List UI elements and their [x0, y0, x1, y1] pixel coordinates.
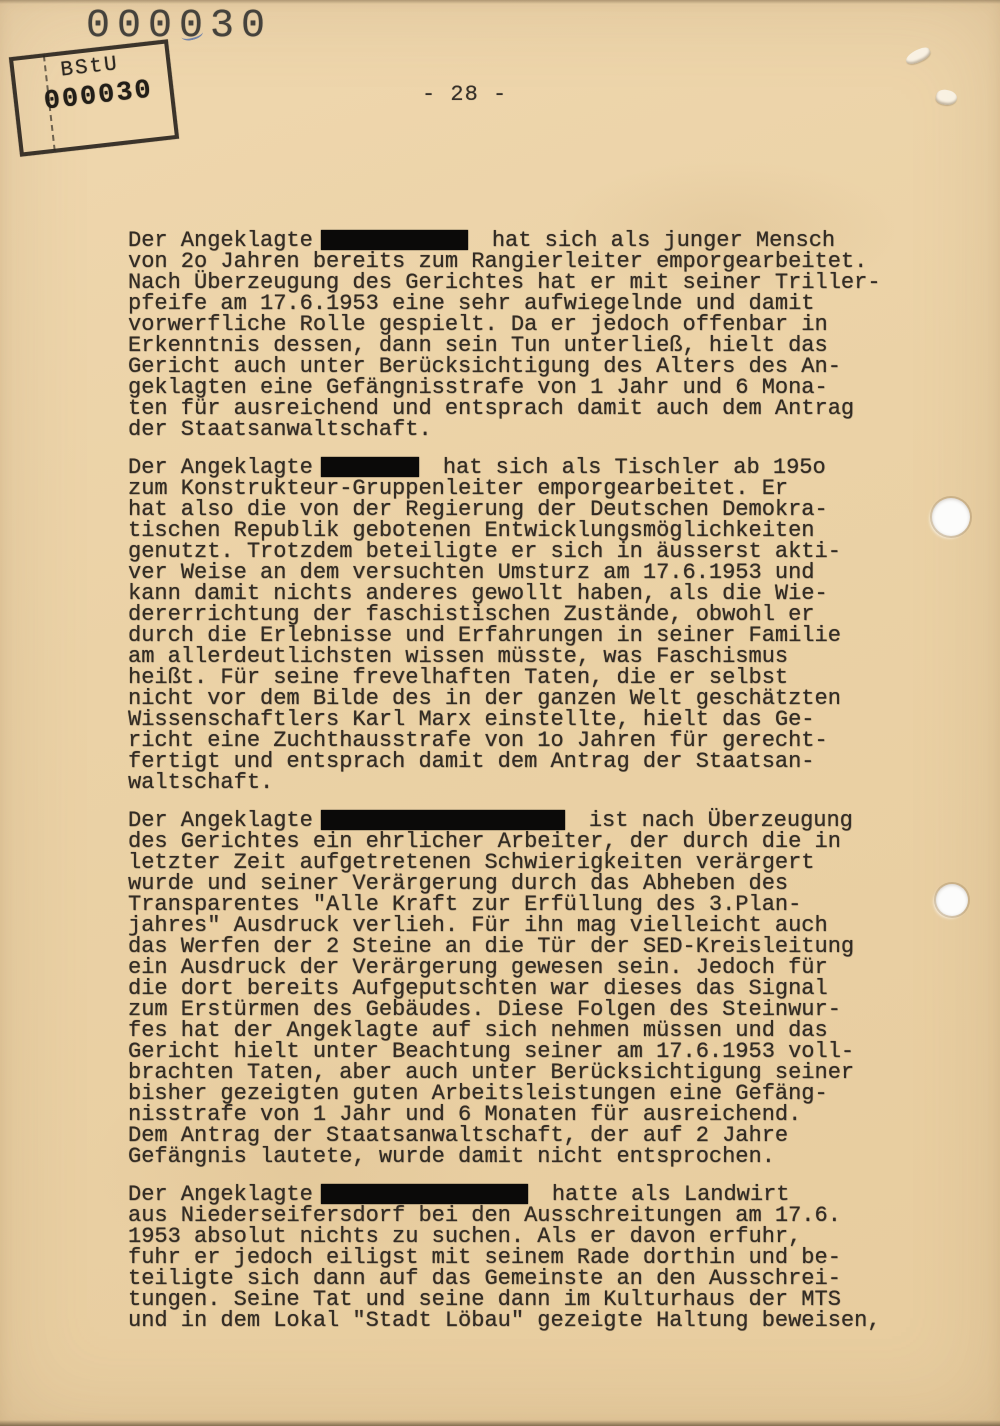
- redaction-bar: [321, 457, 419, 477]
- paragraph-line: durch die Erlebnisse und Erfahrungen in …: [128, 625, 898, 646]
- page-number: - 28 -: [422, 82, 507, 107]
- paragraph-line: aus Niederseifersdorf bei den Ausschreit…: [128, 1205, 898, 1226]
- paragraph-line: Gefängnis lautete, wurde damit nicht ent…: [128, 1146, 898, 1167]
- redaction-bar: [321, 230, 468, 250]
- paragraph-line: und in dem Lokal "Stadt Löbau" gezeigte …: [128, 1310, 898, 1331]
- bstu-stamp: BStU 000030: [9, 39, 179, 156]
- document-page: 000030 BStU 000030 - 28 - Der Angeklagte…: [0, 0, 1000, 1426]
- paragraph-line: ver Weise an dem versuchten Umsturz am 1…: [128, 562, 898, 583]
- text-block: Der Angeklagtehat sich als junger Mensch…: [128, 230, 898, 1348]
- paragraph-line: Der Angeklagteist nach Überzeugung: [128, 810, 898, 831]
- paragraph-line: Wissenschaftlers Karl Marx einstellte, h…: [128, 709, 898, 730]
- paragraph: Der Angeklagteist nach Überzeugungdes Ge…: [128, 810, 898, 1167]
- paragraph: Der Angeklagtehat sich als Tischler ab 1…: [128, 457, 898, 793]
- paragraph-line: brachten Taten, aber auch unter Berücksi…: [128, 1062, 898, 1083]
- paragraph: Der Angeklagtehat sich als junger Mensch…: [128, 230, 898, 440]
- paragraph-line: Gericht auch unter Berücksichtigung des …: [128, 356, 898, 377]
- paragraph-line: heißt. Für seine frevelhaften Taten, die…: [128, 667, 898, 688]
- paragraph-line: dererrichtung der faschistischen Zuständ…: [128, 604, 898, 625]
- paragraph-line: fertigt und entsprach damit dem Antrag d…: [128, 751, 898, 772]
- paragraph-line: zum Konstrukteur-Gruppenleiter emporgear…: [128, 478, 898, 499]
- paragraph-line: jahres" Ausdruck verlieh. Für ihn mag vi…: [128, 915, 898, 936]
- paragraph-line: hat also die von der Regierung der Deuts…: [128, 499, 898, 520]
- paragraph-line: Dem Antrag der Staatsanwaltschaft, der a…: [128, 1125, 898, 1146]
- paragraph-line: geklagten eine Gefängnisstrafe von 1 Jah…: [128, 377, 898, 398]
- paragraph-line: der Staatsanwaltschaft.: [128, 419, 898, 440]
- staple-tear: [904, 45, 933, 67]
- paragraph-line: von 2o Jahren bereits zum Rangierleiter …: [128, 251, 898, 272]
- paper-edge-top: [0, 0, 1000, 4]
- paragraph-line: zum Erstürmen des Gebäudes. Diese Folgen…: [128, 999, 898, 1020]
- paragraph-line: Transparentes "Alle Kraft zur Erfüllung …: [128, 894, 898, 915]
- archival-number-handwritten: 000030: [86, 4, 272, 49]
- paragraph-line: nicht vor dem Bilde des in der ganzen We…: [128, 688, 898, 709]
- paragraph-line: tungen. Seine Tat und seine dann im Kult…: [128, 1289, 898, 1310]
- paragraph-line: Erkenntnis dessen, dann sein Tun unterli…: [128, 335, 898, 356]
- redaction-bar: [321, 1184, 528, 1204]
- paragraph-line: Der Angeklagtehat sich als Tischler ab 1…: [128, 457, 898, 478]
- paragraph: Der Angeklagtehatte als Landwirtaus Nied…: [128, 1184, 898, 1331]
- paragraph-line: das Werfen der 2 Steine an die Tür der S…: [128, 936, 898, 957]
- paragraph-line: wurde und seiner Verärgerung durch das A…: [128, 873, 898, 894]
- stamp-serial-number: 000030: [43, 75, 155, 117]
- paragraph-line: fes hat der Angeklagte auf sich nehmen m…: [128, 1020, 898, 1041]
- paragraph-line: pfeife am 17.6.1953 eine sehr aufwiegeln…: [128, 293, 898, 314]
- paragraph-line: Gericht hielt unter Beachtung seiner am …: [128, 1041, 898, 1062]
- paragraph-line: tischen Republik gebotenen Entwicklungsm…: [128, 520, 898, 541]
- redaction-bar: [321, 810, 565, 830]
- punch-hole: [932, 498, 970, 536]
- paragraph-line: ten für ausreichend und entsprach damit …: [128, 398, 898, 419]
- paragraph-line: des Gerichtes ein ehrlicher Arbeiter, de…: [128, 831, 898, 852]
- paragraph-line: genutzt. Trotzdem beteiligte er sich in …: [128, 541, 898, 562]
- staple-tear: [935, 88, 959, 107]
- paragraph-line: waltschaft.: [128, 772, 898, 793]
- paragraph-line: ein Ausdruck der Verärgerung gewesen sei…: [128, 957, 898, 978]
- paragraph-line: bisher gezeigten guten Arbeitsleistungen…: [128, 1083, 898, 1104]
- paragraph-line: kann damit nichts anderes gewollt haben,…: [128, 583, 898, 604]
- paragraph-line: die dort bereits Aufgeputschten war dies…: [128, 978, 898, 999]
- paragraph-line: Nach Überzeugung des Gerichtes hat er mi…: [128, 272, 898, 293]
- paragraph-line: letzter Zeit aufgetretenen Schwierigkeit…: [128, 852, 898, 873]
- paragraph-line: teiligte sich dann auf das Gemeinste an …: [128, 1268, 898, 1289]
- paragraph-line: Der Angeklagtehatte als Landwirt: [128, 1184, 898, 1205]
- stamp-agency-label: BStU: [59, 53, 120, 82]
- paragraph-line: Der Angeklagtehat sich als junger Mensch: [128, 230, 898, 251]
- punch-hole: [936, 884, 968, 916]
- paper-edge-bottom: [0, 1420, 1000, 1426]
- paragraph-line: richt eine Zuchthausstrafe von 1o Jahren…: [128, 730, 898, 751]
- paragraph-line: 1953 absolut nichts zu suchen. Als er da…: [128, 1226, 898, 1247]
- paragraph-line: fuhr er jedoch eiligst mit seinem Rade d…: [128, 1247, 898, 1268]
- paragraph-line: vorwerfliche Rolle gespielt. Da er jedoc…: [128, 314, 898, 335]
- paragraph-line: nisstrafe von 1 Jahr und 6 Monaten für a…: [128, 1104, 898, 1125]
- paragraph-line: am allerdeutlichsten wissen müsste, was …: [128, 646, 898, 667]
